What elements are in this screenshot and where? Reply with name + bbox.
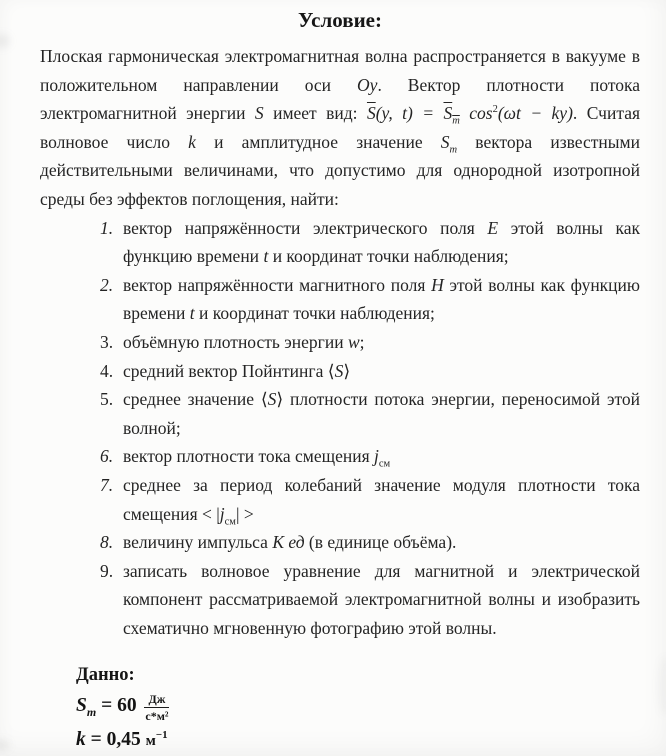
intro-paragraph: Плоская гармоническая электромагнитная в… [40, 42, 640, 214]
sm-given-formula: Sm = 60 Джс*м² [76, 689, 640, 723]
phase-argument: (ωt − ky) [498, 103, 573, 123]
k-variable: k [188, 132, 196, 152]
list-item: 5. среднее значение ⟨S⟩ плотности потока… [100, 385, 640, 442]
task-list: 1. вектор напряжённости электрического п… [100, 214, 640, 643]
given-section: Данно: Sm = 60 Джс*м² k = 0,45 м−1 [76, 662, 640, 756]
item-text: среднее за период колебаний значение мод… [123, 471, 640, 528]
item-text: среднее значение ⟨S⟩ плотности потока эн… [123, 385, 640, 442]
angle-bracket-open: ⟨ [261, 389, 268, 409]
item-text: средний вектор Пойнтинга ⟨S⟩ [123, 357, 640, 386]
intro-text: имеет вид: [264, 103, 367, 123]
unit-numerator: Дж [144, 693, 169, 708]
list-item: 7. среднее за период колебаний значение … [100, 471, 640, 528]
cos-function: cos [460, 103, 493, 123]
item-number: 8. [100, 528, 123, 557]
item-text: записать волновое уравнение для магнитно… [123, 557, 640, 643]
item-number: 5. [100, 385, 123, 442]
k-variable: k [76, 729, 86, 750]
angle-bracket-open: ⟨ [328, 361, 335, 381]
equals-value: = 60 [96, 695, 141, 716]
unit-denominator: с*м² [144, 708, 169, 722]
list-item: 3. объёмную плотность энергии w; [100, 328, 640, 357]
unit: м−1 [146, 733, 168, 749]
item-number: 1. [100, 214, 123, 271]
item-text: вектор плотности тока смещения jсм [123, 442, 640, 471]
s-variable: S [76, 695, 87, 716]
equals-value: = 0,45 [86, 729, 146, 750]
formula-args: (y, t) = [376, 103, 444, 123]
sm-variable: Sm [441, 132, 457, 152]
list-item: 6. вектор плотности тока смещения jсм [100, 442, 640, 471]
scan-artifact [0, 34, 10, 48]
intro-text: и амплитудное значение [196, 132, 441, 152]
m-subscript: m [87, 705, 96, 719]
unit-fraction: Джс*м² [144, 693, 169, 722]
displacement-subscript: см [225, 516, 236, 527]
e-variable: E [487, 218, 498, 238]
k-impulse-variable: K ед [272, 532, 304, 552]
scan-artifact [658, 656, 666, 716]
h-variable: H [431, 275, 444, 295]
item-text: вектор напряжённости магнитного поля H э… [123, 271, 640, 328]
s-vector: S [367, 103, 376, 123]
item-number: 6. [100, 442, 123, 471]
document-page: Условие: Плоская гармоническая электрома… [0, 0, 666, 756]
item-text: объёмную плотность энергии w; [123, 328, 640, 357]
k-given-formula: k = 0,45 м−1 [76, 723, 640, 756]
unit-exponent: −1 [156, 729, 168, 741]
list-item: 2. вектор напряжённости магнитного поля … [100, 271, 640, 328]
list-item: 9. записать волновое уравнение для магни… [100, 557, 640, 643]
item-text: вектор напряжённости электрического поля… [123, 214, 640, 271]
item-number: 7. [100, 471, 123, 528]
item-number: 4. [100, 357, 123, 386]
sm-mean-vector: Sm [443, 103, 459, 123]
w-variable: w [348, 332, 360, 352]
page-title: Условие: [40, 7, 640, 33]
flux-formula: S(y, t) = Sm cos2(ωt − ky) [367, 103, 573, 123]
item-number: 9. [100, 557, 123, 643]
item-number: 3. [100, 328, 123, 357]
list-item: 4. средний вектор Пойнтинга ⟨S⟩ [100, 357, 640, 386]
s-variable: S [255, 103, 264, 123]
scan-artifact [0, 740, 10, 750]
angle-bracket-close: ⟩ [343, 361, 350, 381]
item-text: величину импульса K ед (в единице объёма… [123, 528, 640, 557]
given-label: Данно: [76, 662, 640, 689]
list-item: 8. величину импульса K ед (в единице объ… [100, 528, 640, 557]
item-number: 2. [100, 271, 123, 328]
list-item: 1. вектор напряжённости электрического п… [100, 214, 640, 271]
displacement-subscript: см [379, 459, 390, 470]
axis-variable: Oy [357, 75, 377, 95]
